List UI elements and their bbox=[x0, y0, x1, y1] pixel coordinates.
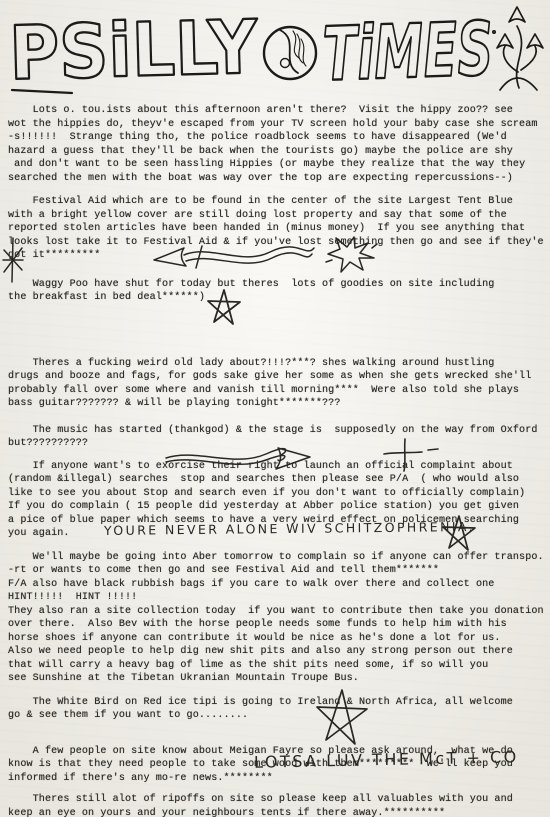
title-right: TiMES bbox=[322, 6, 495, 98]
yin-yang-icon bbox=[264, 27, 316, 79]
paragraph-aber-trip: We'll maybe be going into Aber tomorrow … bbox=[8, 551, 545, 686]
trident-icon bbox=[493, 7, 543, 90]
paragraph-ripoffs: Theres still alot of ripoffs on site so … bbox=[8, 793, 545, 817]
paragraph-tourists: Lots o. tou.ists about this afternoon ar… bbox=[8, 104, 545, 185]
title-left: PSiLLY bbox=[8, 4, 259, 96]
paragraph-music: The music has started (thankgod) & the s… bbox=[8, 424, 545, 451]
paragraph-festival-aid: Festival Aid which are to be found in th… bbox=[8, 195, 545, 263]
paragraph-waggy-poo: Waggy Poo have shut for today but theres… bbox=[8, 278, 545, 305]
body-text: Lots o. tou.ists about this afternoon ar… bbox=[0, 104, 550, 817]
masthead-logo: PSiLLY TiMES bbox=[0, 0, 550, 100]
paragraph-old-lady: Theres a fucking weird old lady about?!!… bbox=[8, 357, 545, 411]
zine-page: PSiLLY TiMES bbox=[0, 0, 550, 817]
paragraph-white-bird: The White Bird on Red ice tipi is going … bbox=[8, 696, 545, 723]
masthead: PSiLLY TiMES bbox=[0, 0, 550, 100]
